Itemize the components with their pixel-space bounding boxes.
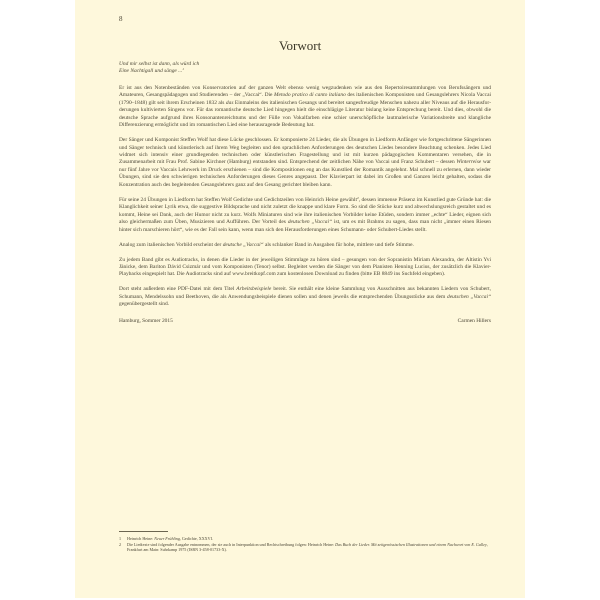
footnote-ref-2[interactable]: 2	[357, 196, 359, 200]
paragraph-4: Analog zum italienischen Vorbild erschei…	[119, 242, 491, 249]
footnotes: 1 Heinrich Heine: Neuer Frühling, Gedich…	[119, 536, 491, 553]
paragraph-5: Zu jedem Band gibt es Audiotracks, in de…	[119, 257, 491, 279]
epigraph: Und mir selbst ist dann, als würd ich Ei…	[119, 61, 491, 76]
signature-line: Hamburg, Sommer 2015 Carmen Hillers	[119, 318, 491, 325]
paragraph-2: Der Sänger und Komponist Steffen Wolf ha…	[119, 137, 491, 189]
paragraph-1: Er ist aus den Notenbeständen von Konser…	[119, 85, 491, 130]
document-page: 8 Vorwort Und mir selbst ist dann, als w…	[75, 0, 525, 598]
author-name: Carmen Hillers	[458, 318, 491, 325]
footnote-ref-1[interactable]: 1	[182, 67, 184, 71]
paragraph-6: Dort steht außerdem eine PDF-Datei mit d…	[119, 286, 491, 308]
page-number: 8	[119, 15, 123, 23]
epigraph-line-2: Eine Nachtigall und sänge ...1	[119, 68, 491, 75]
footnote-2: 2 Die Liedtexte sind folgender Ausgabe e…	[119, 542, 491, 553]
page-title: Vorwort	[75, 38, 525, 54]
footnote-divider	[119, 531, 168, 532]
paragraph-3: Für seine 24 Übungen in Liedform hat Ste…	[119, 197, 491, 234]
epigraph-line-1: Und mir selbst ist dann, als würd ich	[119, 61, 491, 68]
place-date: Hamburg, Sommer 2015	[119, 318, 173, 325]
preface-body: Und mir selbst ist dann, als würd ich Ei…	[119, 61, 491, 325]
